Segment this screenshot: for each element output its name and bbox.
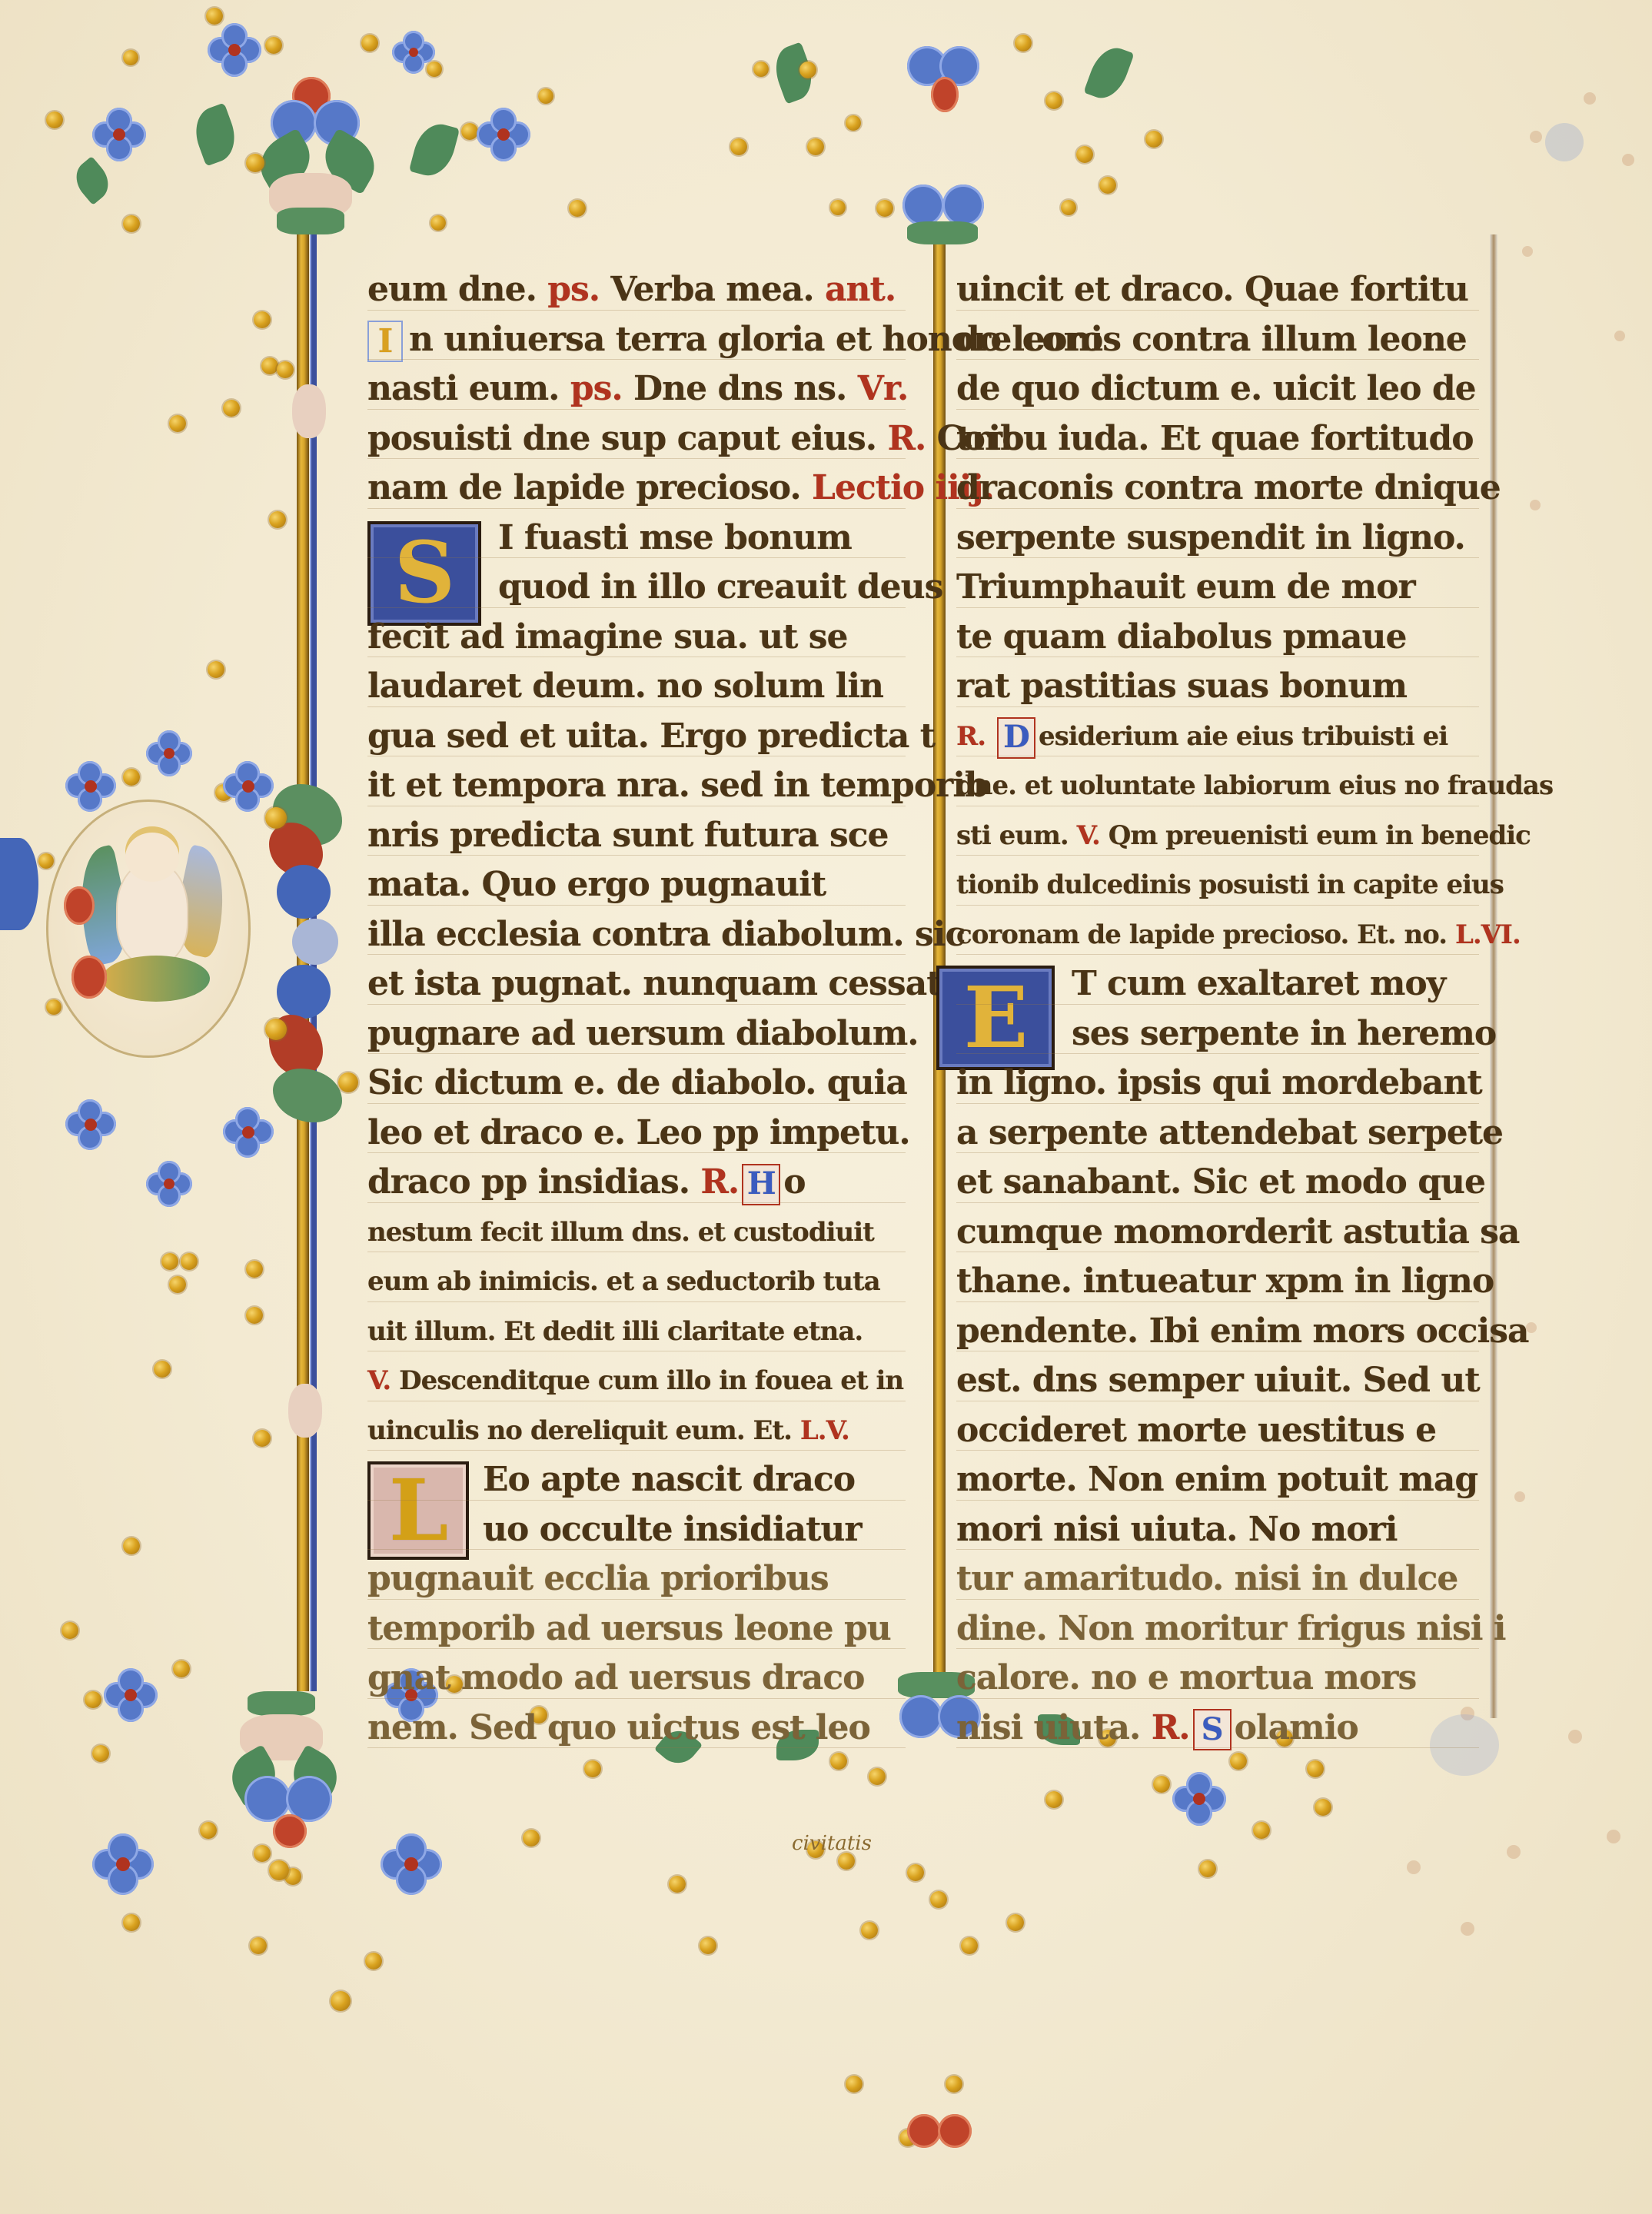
text-line: uincit et draco. Quae fortitu bbox=[956, 265, 1479, 315]
dragon-tail bbox=[102, 956, 210, 1002]
initial-D: D bbox=[997, 717, 1035, 759]
text-line: ses serpente in heremo bbox=[956, 1009, 1479, 1059]
text-line: L Eo apte nascit draco bbox=[367, 1455, 906, 1505]
initial-I: I bbox=[367, 321, 403, 362]
text-line: gua sed et uita. Ergo predicta t bbox=[367, 712, 906, 762]
catchword: civitatis bbox=[792, 1832, 872, 1855]
text-line: calore. no e mortua mors bbox=[956, 1654, 1479, 1704]
text-line: a serpente attendebat serpete bbox=[956, 1109, 1479, 1159]
text-line: tur amaritudo. nisi in dulce bbox=[956, 1554, 1479, 1604]
text-line: quod in illo creauit deus bbox=[367, 563, 906, 613]
text-line: gnat modo ad uersus draco bbox=[367, 1654, 906, 1704]
text-line: tionib dulcedinis posuisti in capite eiu… bbox=[956, 860, 1479, 910]
text-line: Sic dictum e. de diabolo. quia bbox=[367, 1059, 906, 1109]
text-line: tribu iuda. Et quae fortitudo bbox=[956, 414, 1479, 464]
text-line: draco pp insidias. R. Ho bbox=[367, 1158, 906, 1208]
text-line: dne. et uoluntate labiorum eius no fraud… bbox=[956, 761, 1479, 811]
text-line: te quam diabolus pmaue bbox=[956, 613, 1479, 663]
text-line: in ligno. ipsis qui mordebant bbox=[956, 1059, 1479, 1109]
text-line: do leonis contra illum leone bbox=[956, 315, 1479, 365]
text-line: E T cum exaltaret moy bbox=[956, 959, 1479, 1009]
text-line: R. Desiderium aie eius tribuisti ei bbox=[956, 712, 1479, 762]
text-line: mata. Quo ergo pugnauit bbox=[367, 860, 906, 910]
text-line: coronam de lapide precioso. Et. no. L.VI… bbox=[956, 910, 1479, 960]
text-line: nestum fecit illum dns. et custodiuit bbox=[367, 1208, 906, 1258]
text-line: In uniuersa terra gloria et honore coro bbox=[367, 315, 906, 365]
text-line: eum ab inimicis. et a seductorib tuta bbox=[367, 1257, 906, 1307]
text-line: dine. Non moritur frigus nisi i bbox=[956, 1604, 1479, 1654]
text-line: draconis contra morte dnique bbox=[956, 464, 1479, 514]
text-line: et sanabant. Sic et modo que bbox=[956, 1158, 1479, 1208]
text-line: nris predicta sunt futura sce bbox=[367, 811, 906, 861]
text-line: nem. Sed quo uictus est leo bbox=[367, 1704, 906, 1754]
text-line: uo occulte insidiatur bbox=[367, 1505, 906, 1555]
text-line: uinculis no dereliquit eum. Et. L.V. bbox=[367, 1406, 906, 1456]
text-line: thane. intueatur xpm in ligno bbox=[956, 1257, 1479, 1307]
initial-H: H bbox=[742, 1164, 780, 1205]
text-line: uit illum. Et dedit illi claritate etna. bbox=[367, 1307, 906, 1357]
text-line: de quo dictum e. uicit leo de bbox=[956, 364, 1479, 414]
text-line: pugnare ad uersum diabolum. bbox=[367, 1009, 906, 1059]
blue-scroll-left-margin bbox=[0, 838, 38, 930]
text-line: V. Descenditque cum illo in fouea et in bbox=[367, 1356, 906, 1406]
text-line: Triumphauit eum de mor bbox=[956, 563, 1479, 613]
text-line: temporib ad uersus leone pu bbox=[367, 1604, 906, 1654]
initial-S-small: S bbox=[1193, 1709, 1232, 1750]
angel-medallion bbox=[46, 799, 251, 1058]
text-line: leo et draco e. Leo pp impetu. bbox=[367, 1109, 906, 1159]
text-line: it et tempora nra. sed in temporib bbox=[367, 761, 906, 811]
text-line: occideret morte uestitus e bbox=[956, 1406, 1479, 1456]
text-line: S I fuasti mse bonum bbox=[367, 514, 906, 563]
text-column-left: eum dne. ps. Verba mea. ant. In uniuersa… bbox=[367, 265, 906, 1753]
text-line: nam de lapide precioso. Lectio iiij. bbox=[367, 464, 906, 514]
frame-rule-right bbox=[1490, 234, 1497, 1718]
text-line: serpente suspendit in ligno. bbox=[956, 514, 1479, 563]
text-line: pugnauit ecclia prioribus bbox=[367, 1554, 906, 1604]
text-line: nasti eum. ps. Dne dns ns. Vr. bbox=[367, 364, 906, 414]
manuscript-page: eum dne. ps. Verba mea. ant. In uniuersa… bbox=[0, 0, 1652, 2214]
text-line: laudaret deum. no solum lin bbox=[367, 662, 906, 712]
text-line: illa ecclesia contra diabolum. sic bbox=[367, 910, 906, 960]
text-line: rat pastitias suas bonum bbox=[956, 662, 1479, 712]
text-line: est. dns semper uiuit. Sed ut bbox=[956, 1356, 1479, 1406]
text-line: nisi uiuta. R. Solamio bbox=[956, 1704, 1479, 1754]
text-line: posuisti dne sup caput eius. R. Coro bbox=[367, 414, 906, 464]
text-line: mori nisi uiuta. No mori bbox=[956, 1505, 1479, 1555]
text-line: pendente. Ibi enim mors occisa bbox=[956, 1307, 1479, 1357]
text-line: eum dne. ps. Verba mea. ant. bbox=[367, 265, 906, 315]
text-line: fecit ad imagine sua. ut se bbox=[367, 613, 906, 663]
text-line: morte. Non enim potuit mag bbox=[956, 1455, 1479, 1505]
text-line: cumque momorderit astutia sa bbox=[956, 1208, 1479, 1258]
text-column-right: uincit et draco. Quae fortitu do leonis … bbox=[956, 265, 1479, 1753]
angel-head bbox=[125, 833, 179, 882]
text-line: et ista pugnat. nunquam cessat bbox=[367, 959, 906, 1009]
text-line: sti eum. V. Qm preuenisti eum in benedic bbox=[956, 811, 1479, 861]
